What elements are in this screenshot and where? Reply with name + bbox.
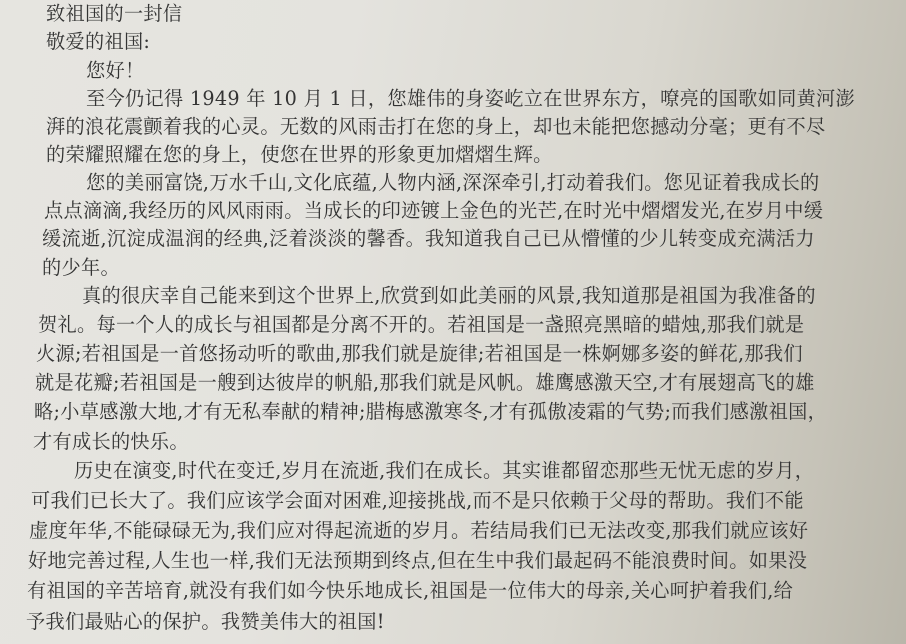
text-line: 可我们已长大了。我们应该学会面对困难,迎接挑战,而不是只依赖于父母的帮助。我们不… [31,489,804,513]
text-line: 历史在演变,时代在变迁,岁月在流逝,我们在成长。其实谁都留恋那些无忧无虑的岁月， [74,459,814,483]
text-line: 就是花瓣;若祖国是一艘到达彼岸的帆船,那我们就是风帆。雄鹰感激天空,才有展翅高飞… [35,371,815,395]
text-line: 点点滴滴,我经历的风风雨雨。当成长的印迹镀上金色的光芒,在时光中熠熠发光,在岁月… [44,199,823,223]
text-line: 的少年。 [42,256,120,280]
letter-title: 致祖国的一封信 [46,2,182,26]
text-line: 有祖国的辛苦培育,就没有我们如今快乐地成长,祖国是一位伟大的母亲,关心呵护着我们… [27,579,793,603]
text-line: 才有成长的快乐。 [33,430,189,454]
text-line: 您的美丽富饶,万水千山,文化底蕴,人物内涵,深深牵引,打动着我们。您见证着我成长… [86,171,820,195]
text-line: 真的很庆幸自己能来到这个世界上,欣赏到如此美丽的风景,我知道那是祖国为我准备的 [82,284,816,308]
text-line: 贺礼。每一个人的成长与祖国都是分离不开的。若祖国是一盏照亮黑暗的蜡烛,那我们就是 [38,313,804,337]
text-line: 虚度年华,不能碌碌无为,我们应对得起流逝的岁月。若结局我们已无法改变,那我们就应… [29,519,808,543]
text-line: 的荣耀照耀在您的身上，使您在世界的形象更加熠熠生辉。 [46,143,553,167]
letter-page: 致祖国的一封信 敬爱的祖国: 您好！ 至今仍记得 1949 年 10 月 1 日… [0,0,906,644]
text-line: 火源;若祖国是一首悠扬动听的歌曲,那我们就是旋律;若祖国是一株婀娜多姿的鲜花,那… [36,342,803,366]
text-line: 略;小草感激大地,才有无私奉献的精神;腊梅感激寒冬,才有孤傲凌霜的气势;而我们感… [34,400,827,424]
text-line: 好地完善过程,人生也一样,我们无法预期到终点,但在生中我们最起码不能浪费时间。如… [28,549,807,573]
text-line: 湃的浪花震颤着我的心灵。无数的风雨击打在您的身上，却也未能把您撼动分毫；更有不尽 [46,115,826,139]
salutation: 敬爱的祖国: [46,30,150,54]
text-line: 至今仍记得 1949 年 10 月 1 日，您雄伟的身姿屹立在世界东方，嘹亮的国… [86,87,855,111]
text-line: 予我们最贴心的保护。我赞美伟大的祖国! [26,610,385,634]
text-line: 缓流逝,沉淀成温润的经典,泛着淡淡的馨香。我知道我自己已从懵懂的少儿转变成充满活… [42,227,815,251]
greeting: 您好！ [86,59,144,83]
